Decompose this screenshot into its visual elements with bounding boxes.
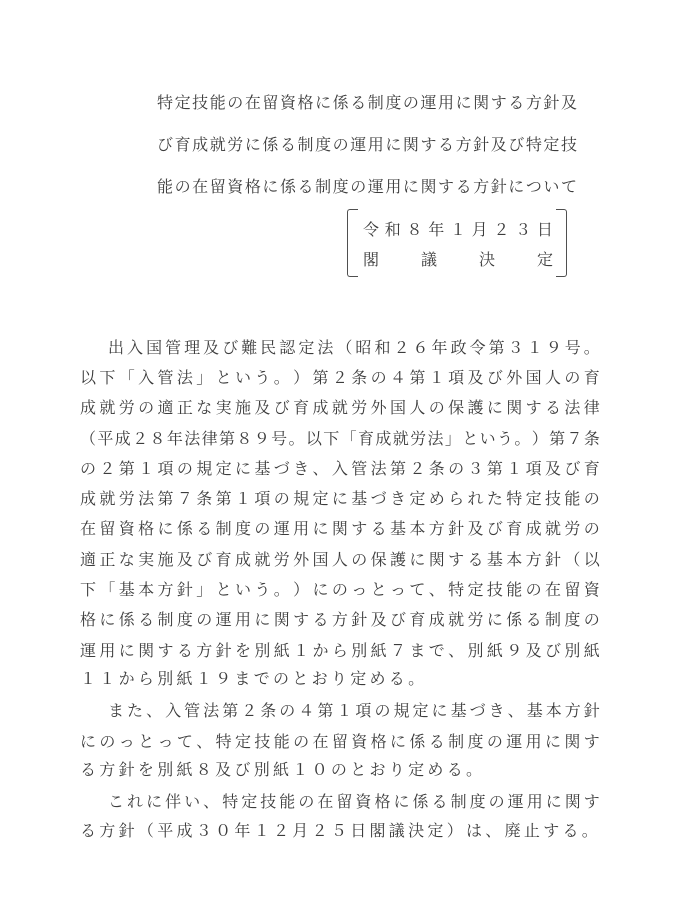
cabinet-decision-box: 令和８年１月２３日閣議決定 — [347, 209, 567, 277]
decision-date: 令和８年１月２３日 — [363, 217, 553, 239]
body-line: 成就労の適正な実施及び育成就労外国人の保護に関する法律 — [80, 392, 600, 422]
body-line: 格に係る制度の運用に関する方針及び育成就労に係る制度の — [80, 604, 600, 634]
body-text: 出入国管理及び難民認定法（昭和２６年政令第３１９号。以下「入管法」という。）第２… — [80, 331, 600, 846]
title-line: 特定技能の在留資格に係る制度の運用に関する方針及 — [157, 80, 577, 122]
body-line: また、入管法第２条の４第１項の規定に基づき、基本方針 — [80, 695, 600, 725]
body-line: 在留資格に係る制度の運用に関する基本方針及び育成就労の — [80, 513, 600, 543]
cabinet-decision-content: 令和８年１月２３日閣議決定 — [363, 209, 553, 277]
body-line: １１から別紙１９までのとおり定める。 — [80, 664, 600, 694]
body-line: にのっとって、特定技能の在留資格に係る制度の運用に関す — [80, 725, 600, 755]
body-line: 成就労法第７条第１項の規定に基づき定められた特定技能の — [80, 482, 600, 512]
document-title: 特定技能の在留資格に係る制度の運用に関する方針及び育成就労に係る制度の運用に関す… — [157, 80, 577, 206]
right-bracket-decoration — [556, 209, 567, 277]
decision-label: 閣議決定 — [363, 247, 553, 269]
body-line: 適正な実施及び育成就労外国人の保護に関する基本方針（以 — [80, 543, 600, 573]
title-line: び育成就労に係る制度の運用に関する方針及び特定技 — [157, 122, 577, 164]
body-line: 下「基本方針」という。）にのっとって、特定技能の在留資 — [80, 573, 600, 603]
body-line: これに伴い、特定技能の在留資格に係る制度の運用に関す — [80, 785, 600, 815]
document-page: 特定技能の在留資格に係る制度の運用に関する方針及び育成就労に係る制度の運用に関す… — [0, 0, 700, 906]
title-line: 能の在留資格に係る制度の運用に関する方針について — [157, 164, 577, 206]
left-bracket-decoration — [347, 209, 358, 277]
body-line: （平成２８年法律第８９号。以下「育成就労法」という。）第７条 — [80, 422, 600, 452]
body-line: 運用に関する方針を別紙１から別紙７まで、別紙９及び別紙 — [80, 634, 600, 664]
body-line: の２第１項の規定に基づき、入管法第２条の３第１項及び育 — [80, 452, 600, 482]
body-line: る方針（平成３０年１２月２５日閣議決定）は、廃止する。 — [80, 816, 600, 846]
body-line: る方針を別紙８及び別紙１０のとおり定める。 — [80, 755, 600, 785]
body-line: 出入国管理及び難民認定法（昭和２６年政令第３１９号。 — [80, 331, 600, 361]
body-line: 以下「入管法」という。）第２条の４第１項及び外国人の育 — [80, 361, 600, 391]
